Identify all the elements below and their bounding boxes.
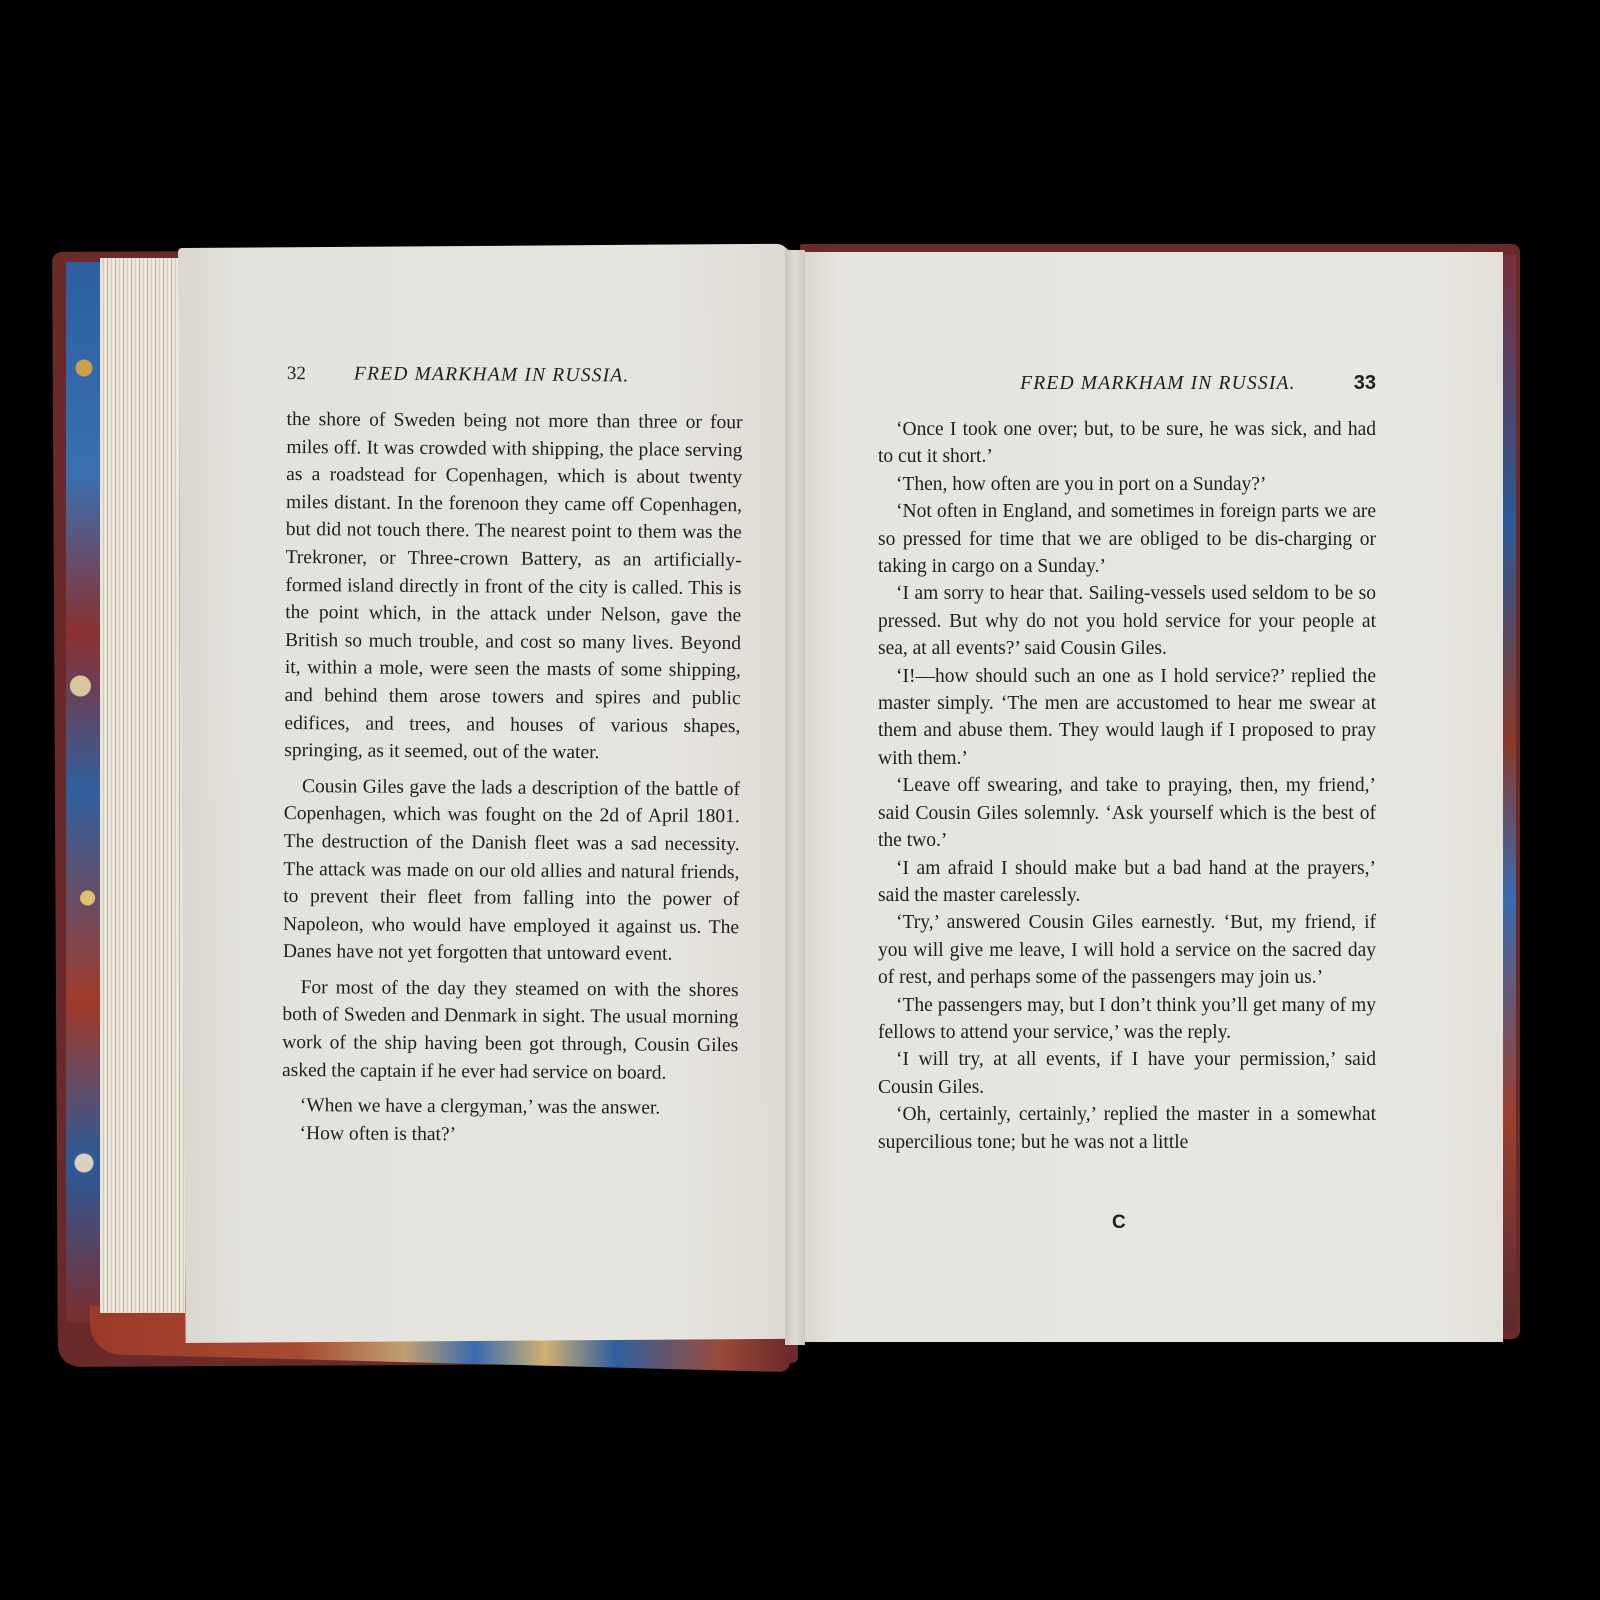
page-stack-edges [100,258,185,1313]
right-page-text: FRED MARKHAM IN RUSSIA. 33 ‘Once I took … [878,370,1376,1156]
paragraph: ‘Once I took one over; but, to be sure, … [878,416,1376,471]
left-page-header: 32 FRED MARKHAM IN RUSSIA. [287,360,743,395]
paragraph: the shore of Sweden being not more than … [284,406,742,768]
paragraph: ‘I am afraid I should make but a bad han… [878,855,1376,910]
paragraph: ‘Try,’ answered Cousin Giles earnestly. … [878,909,1376,991]
open-book: 32 FRED MARKHAM IN RUSSIA. the shore of … [0,0,1600,1600]
paragraph: ‘I!—how should such an one as I hold ser… [878,663,1376,773]
marbled-edge-left [66,262,102,1322]
paragraph: For most of the day they steamed on with… [282,974,739,1088]
paragraph: ‘I am sorry to hear that. Sailing-vessel… [878,580,1376,662]
book-gutter [785,250,805,1345]
signature-mark: C [1112,1212,1126,1234]
paragraph: ‘The passengers may, but I don’t think y… [878,992,1376,1047]
paragraph: Cousin Giles gave the lads a description… [283,773,740,969]
paragraph: ‘When we have a clergyman,’ was the answ… [282,1092,738,1123]
right-page-header: FRED MARKHAM IN RUSSIA. 33 [878,370,1376,402]
paragraph: ‘Leave off swearing, and take to praying… [878,772,1376,854]
page-number: 32 [287,360,306,388]
page-number: 33 [1354,370,1376,397]
paragraph: ‘Oh, certainly, certainly,’ replied the … [878,1101,1376,1156]
running-title: FRED MARKHAM IN RUSSIA. [354,360,630,390]
running-title: FRED MARKHAM IN RUSSIA. [1020,370,1296,397]
left-page-text: 32 FRED MARKHAM IN RUSSIA. the shore of … [282,360,743,1151]
paragraph: ‘How often is that?’ [282,1120,738,1151]
paragraph: ‘Not often in England, and sometimes in … [878,498,1376,580]
paragraph: ‘I will try, at all events, if I have yo… [878,1046,1376,1101]
paragraph: ‘Then, how often are you in port on a Su… [878,471,1376,498]
